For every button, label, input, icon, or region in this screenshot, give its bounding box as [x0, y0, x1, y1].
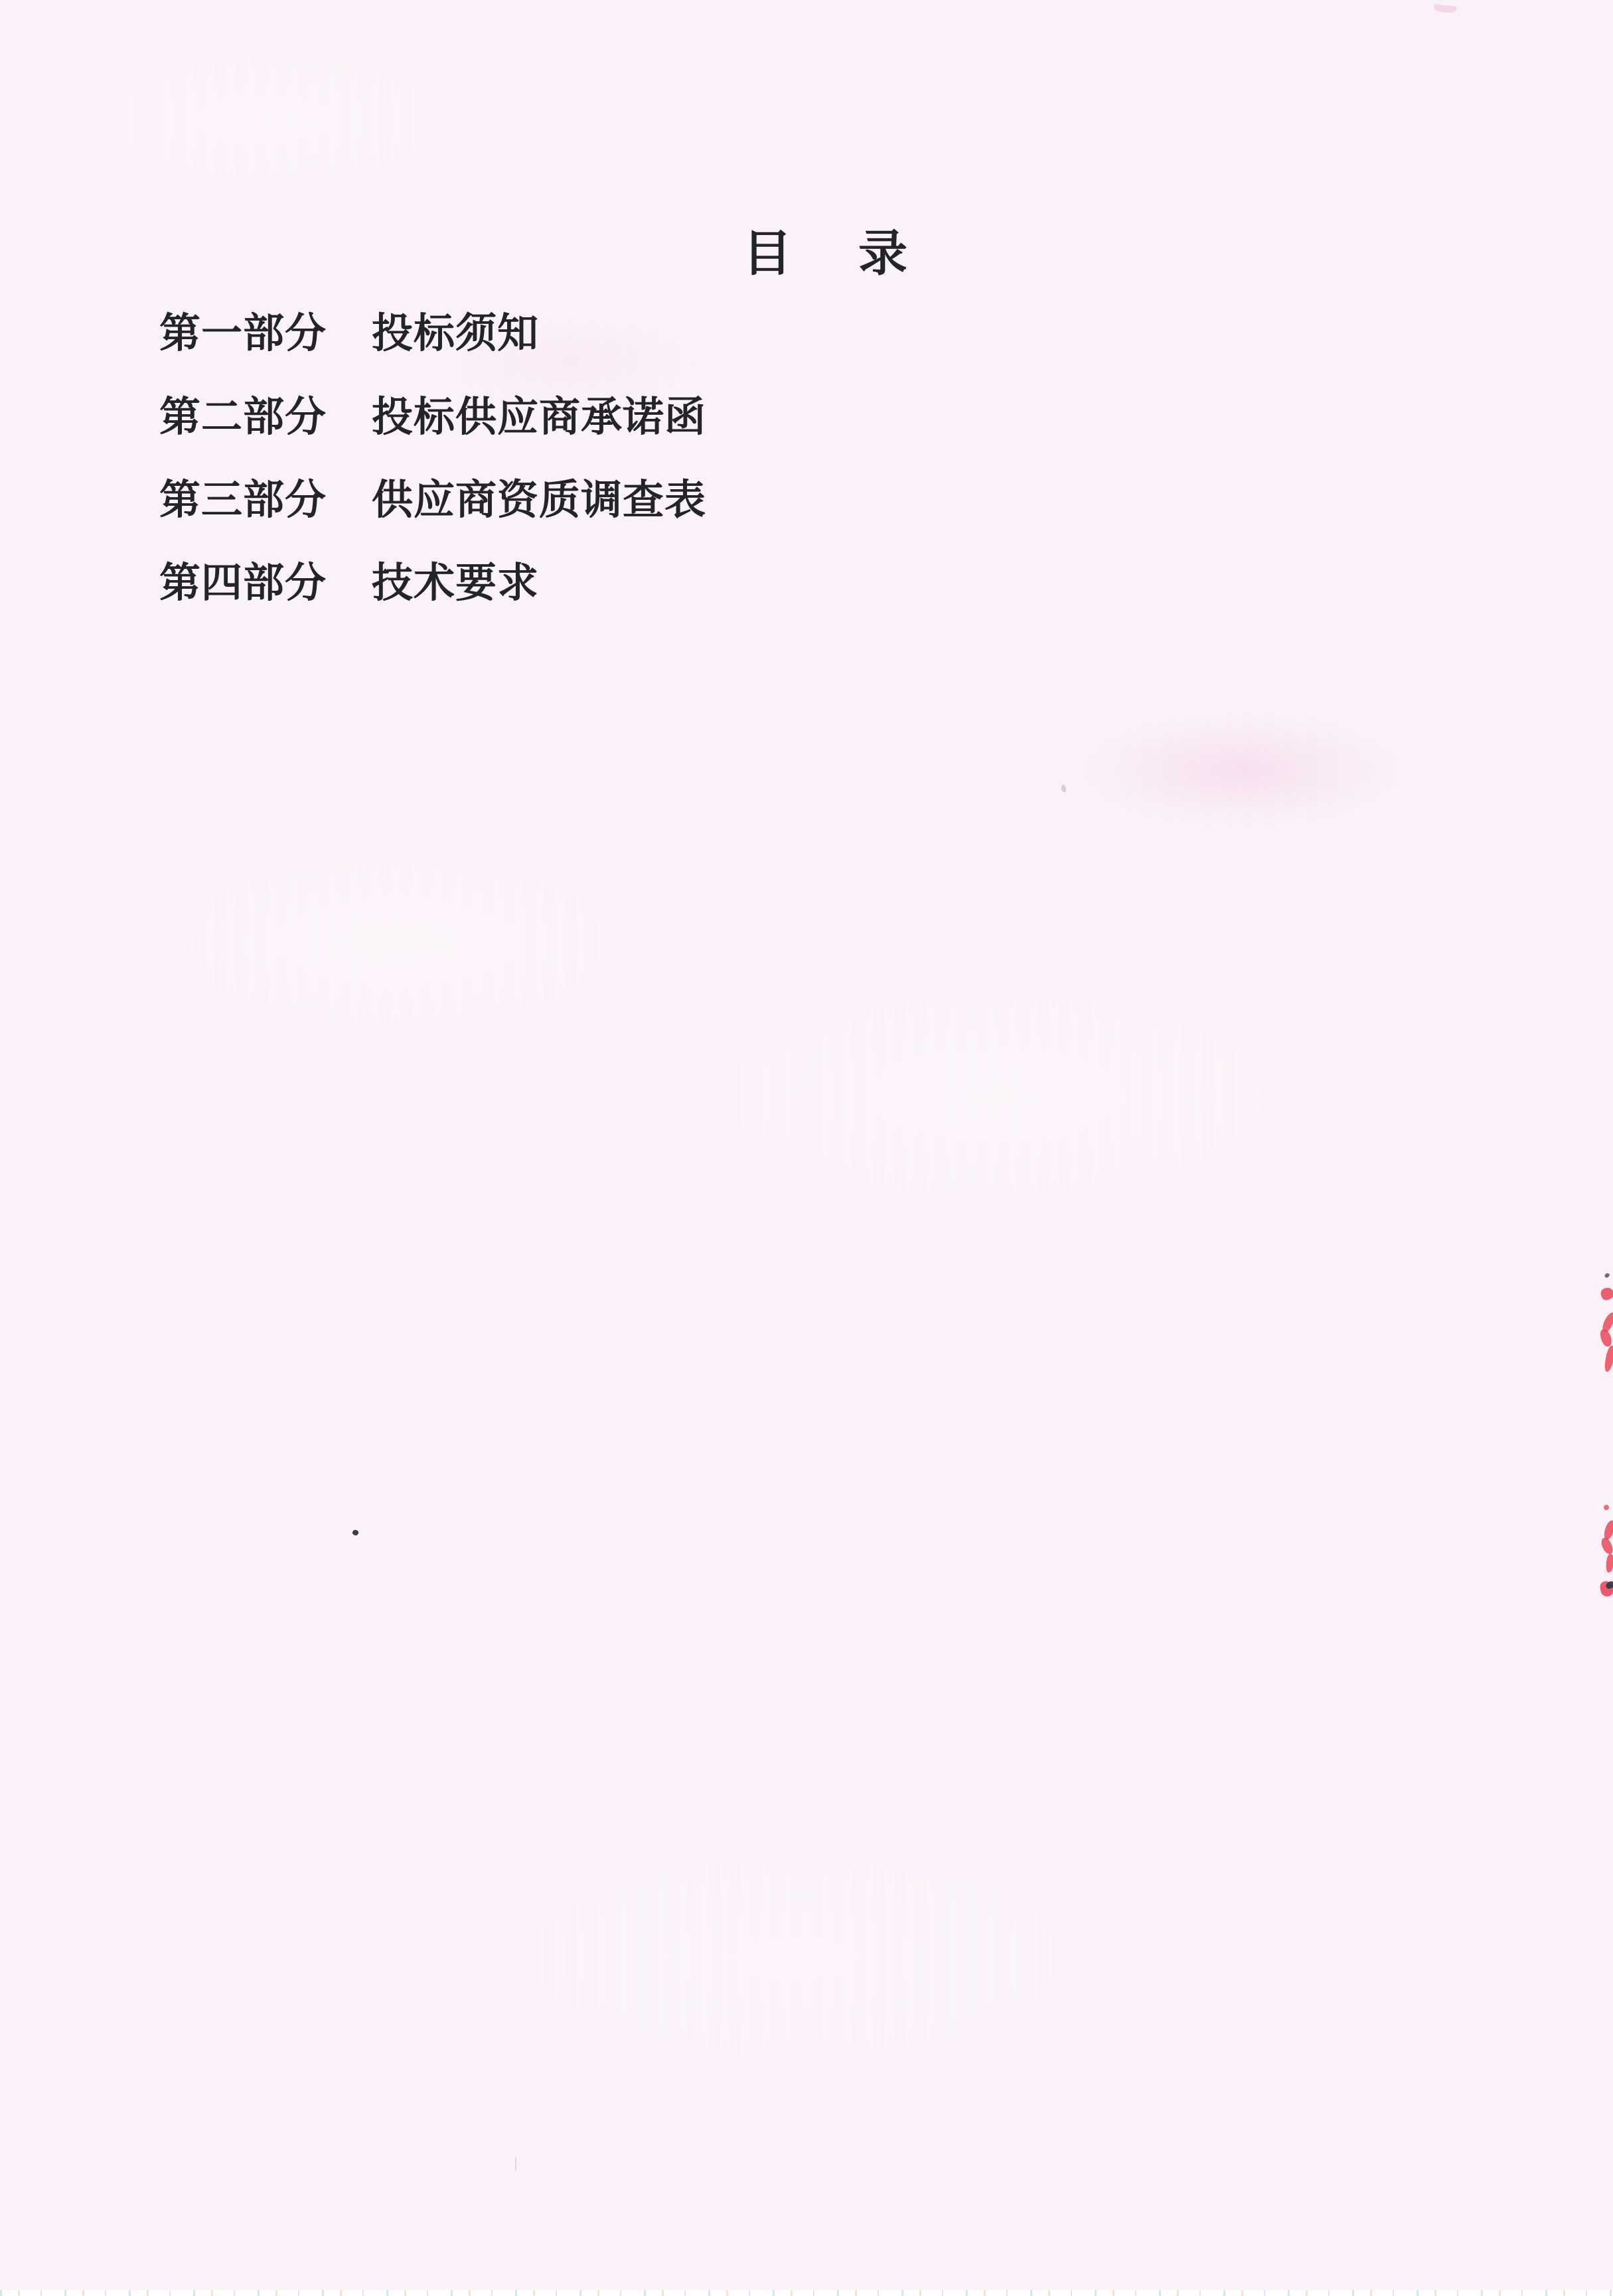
- scanned-document-page: 目 录 第一部分 投标须知 第二部分 投标供应商承诺函 第三部分 供应商资质调查…: [0, 0, 1613, 2296]
- ink-speck: [352, 1529, 359, 1537]
- toc-item-4: 第四部分 技术要求: [159, 563, 539, 604]
- toc-item-2-text: 投标供应商承诺函: [372, 397, 706, 438]
- toc-item-1-text: 投标须知: [372, 313, 539, 354]
- gray-fleck: [1061, 784, 1067, 793]
- toc-item-3: 第三部分 供应商资质调查表: [159, 480, 706, 521]
- toc-item-3-label: 第三部分: [159, 480, 327, 521]
- title-char-right: 录: [858, 230, 907, 279]
- toc-item-4-text: 技术要求: [372, 563, 539, 604]
- title-char-left: 目: [743, 230, 792, 279]
- toc-item-2: 第二部分 投标供应商承诺函: [159, 397, 706, 438]
- gray-hairline: [515, 2157, 516, 2171]
- stamp-fragment-dot: [1604, 1505, 1609, 1510]
- toc-item-2-label: 第二部分: [159, 397, 327, 438]
- stamp-fragment-speck: [1604, 1272, 1610, 1278]
- toc-item-1: 第一部分 投标须知: [159, 313, 539, 354]
- stamp-fragment-dark-mark: [1605, 1580, 1613, 1590]
- page-title: 目 录: [743, 230, 907, 279]
- stamp-fragment-streak: [1603, 1519, 1613, 1541]
- toc-item-4-label: 第四部分: [159, 563, 327, 604]
- pink-smudge: [1434, 4, 1457, 13]
- toc-item-3-text: 供应商资质调查表: [372, 480, 706, 521]
- stamp-fragment-streak: [1600, 1536, 1613, 1555]
- stamp-fragment-streak: [1606, 1554, 1613, 1573]
- stamp-fragment-blob-upper: [1600, 1286, 1613, 1302]
- stamp-fragment-blob-lower: [1599, 1580, 1613, 1598]
- stamp-fragment-streak: [1599, 1328, 1613, 1348]
- stamp-fragment-streak: [1600, 1311, 1613, 1334]
- toc-item-1-label: 第一部分: [159, 313, 327, 354]
- stamp-fragment-streak: [1604, 1345, 1613, 1372]
- scanner-edge-strip: [0, 2290, 1613, 2296]
